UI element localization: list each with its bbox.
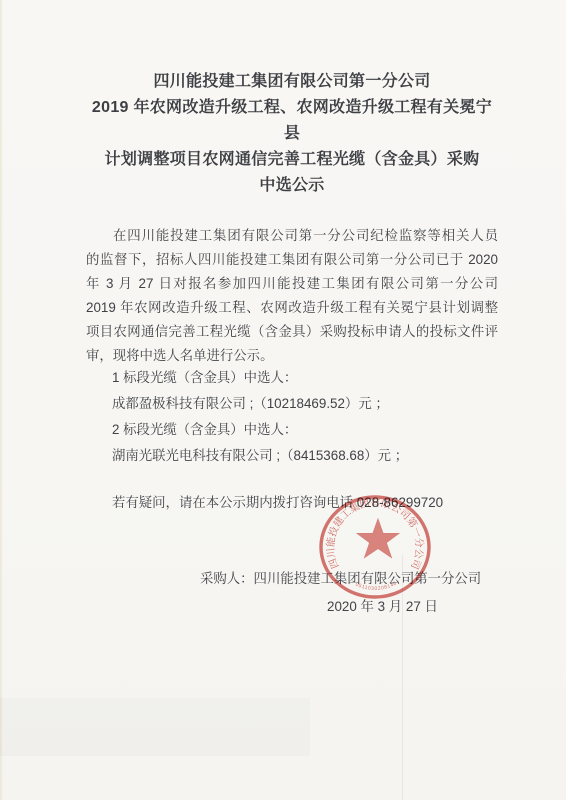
scan-left-edge — [0, 0, 3, 800]
body-line: 在四川能投建工集团有限公司第一分公司纪检监察等相关人员 — [86, 224, 498, 248]
scan-shading — [0, 698, 310, 756]
title-line-1: 四川能投建工集团有限公司第一分公司 — [86, 69, 498, 95]
purchaser-line: 采购人：四川能投建工集团有限公司第一分公司 — [86, 567, 498, 591]
document-page: 四川能投建工集团有限公司第一分公司 2019 年农网改造升级工程、农网改造升级工… — [0, 0, 566, 800]
title-line-2: 2019 年农网改造升级工程、农网改造升级工程有关冕宁县 — [86, 95, 498, 147]
document-content: 四川能投建工集团有限公司第一分公司 2019 年农网改造升级工程、农网改造升级工… — [86, 0, 498, 619]
lot-2-label: 2 标段光缆（含金具）中选人： — [112, 417, 498, 443]
document-title: 四川能投建工集团有限公司第一分公司 2019 年农网改造升级工程、农网改造升级工… — [86, 69, 498, 199]
lot-2-winner: 湖南光联光电科技有限公司 ;（8415368.68）元 ； — [112, 443, 498, 469]
lot-1-label: 1 标段光缆（含金具）中选人： — [112, 365, 498, 391]
winner-list: 1 标段光缆（含金具）中选人： 成都盈极科技有限公司 ;（10218469.52… — [86, 365, 498, 469]
body-line: 2019 年农网改造升级工程、农网改造升级工程有关冕宁县计划调整 — [86, 296, 498, 320]
title-line-3: 计划调整项目农网通信完善工程光缆（含金具）采购 — [86, 147, 498, 173]
body-line: 的监督下，招标人四川能投建工集团有限公司第一分公司已于 2020 — [86, 248, 498, 272]
lot-1-winner: 成都盈极科技有限公司 ;（10218469.52）元 ； — [112, 391, 498, 417]
body-line: 项目农网通信完善工程光缆（含金具）采购投标申请人的投标文件评 — [86, 320, 498, 344]
signature-block: 采购人：四川能投建工集团有限公司第一分公司 2020 年 3 月 27 日 — [86, 567, 498, 619]
body-paragraph: 在四川能投建工集团有限公司第一分公司纪检监察等相关人员 的监督下，招标人四川能投… — [86, 224, 498, 368]
body-line: 年 3 月 27 日对报名参加四川能投建工集团有限公司第一分公司 — [86, 272, 498, 296]
contact-phone-line: 若有疑问，请在本公示期内拨打咨询电话 028-86299720 — [86, 491, 498, 515]
title-line-4: 中选公示 — [86, 173, 498, 199]
date-line: 2020 年 3 月 27 日 — [86, 595, 498, 619]
